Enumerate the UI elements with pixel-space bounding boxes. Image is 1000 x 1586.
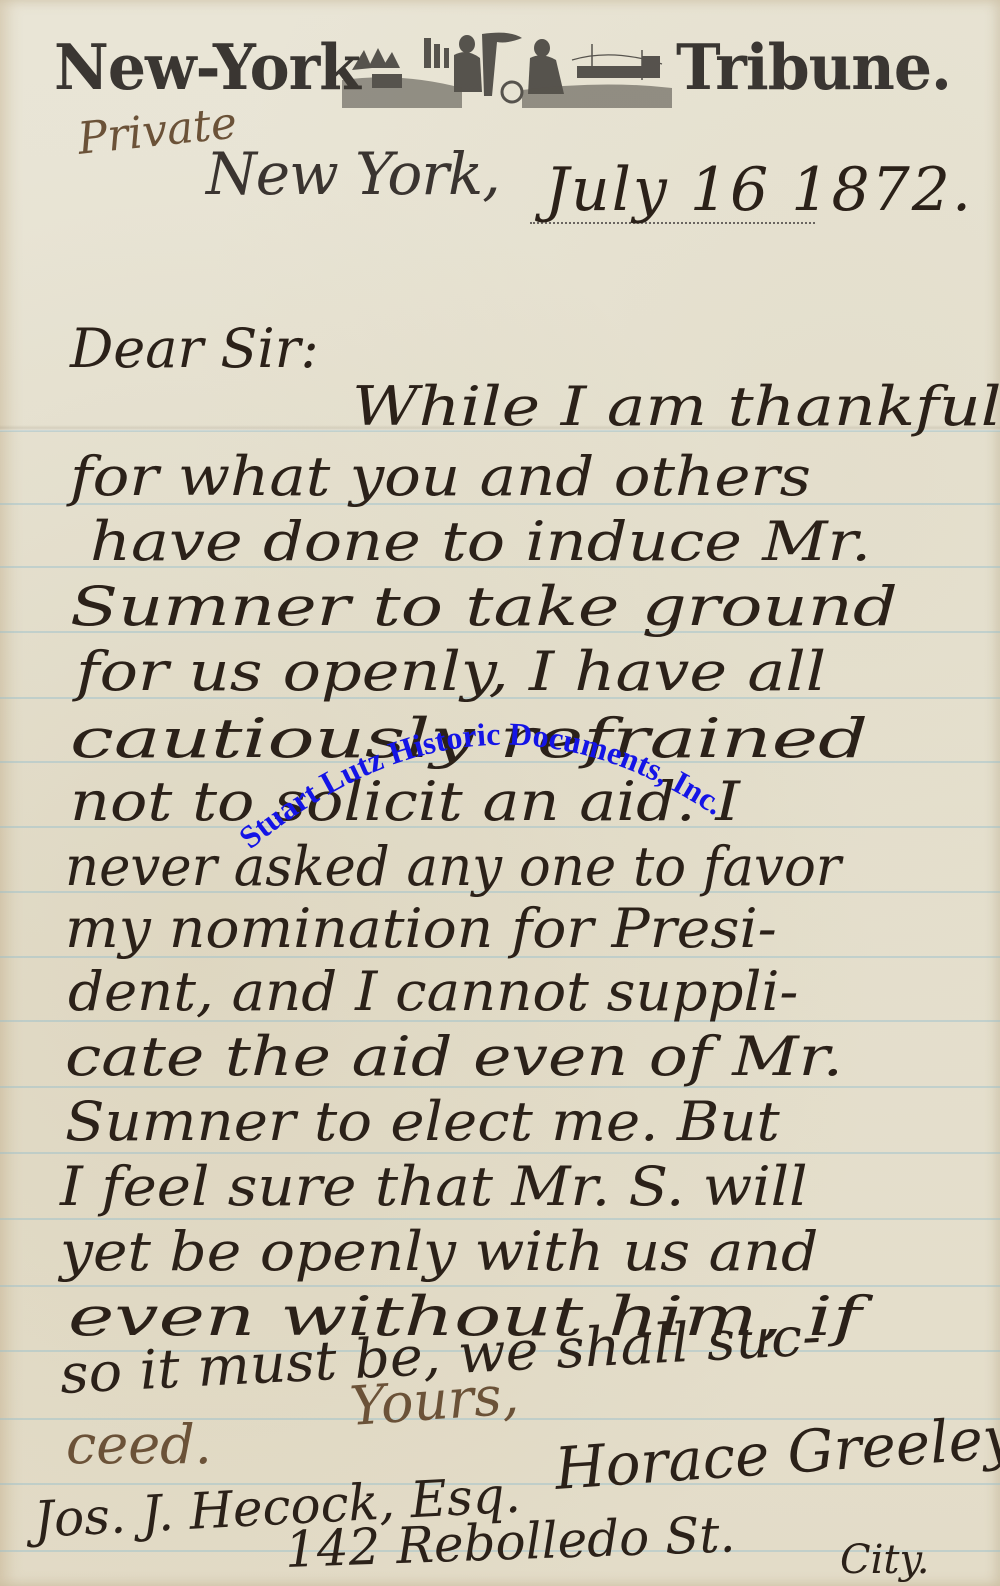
body-line: have done to induce Mr. bbox=[90, 515, 871, 569]
letterhead-tribune: Tribune. bbox=[676, 37, 951, 100]
body-line: yet be openly with us and bbox=[60, 1225, 818, 1279]
salutation: Dear Sir: bbox=[70, 322, 319, 376]
recipient-city: City. bbox=[840, 1540, 929, 1580]
letterhead-new-york: New-York bbox=[54, 37, 360, 100]
handwritten-date: July 16 1872. bbox=[545, 160, 973, 220]
body-line: dent, and I cannot suppli- bbox=[68, 965, 798, 1019]
body-line: Sumner to take ground bbox=[70, 580, 898, 634]
letter-paper: New-York Tribune. Private New York, July… bbox=[0, 0, 1000, 1586]
body-line: for what you and others bbox=[70, 450, 811, 504]
body-line: cate the aid even of Mr. bbox=[65, 1030, 843, 1084]
dealer-watermark: Stuart Lutz Historic Documents, Inc. bbox=[230, 680, 750, 860]
letterhead-vignette-engraving bbox=[342, 30, 672, 108]
printed-place: New York, bbox=[206, 140, 500, 208]
body-line: my nomination for Presi- bbox=[65, 902, 777, 956]
body-line: Sumner to elect me. But bbox=[65, 1095, 780, 1149]
body-line: I feel sure that Mr. S. will bbox=[60, 1160, 808, 1214]
watermark-text: Stuart Lutz Historic Documents, Inc. bbox=[232, 716, 731, 856]
svg-text:Stuart Lutz Historic Documents: Stuart Lutz Historic Documents, Inc. bbox=[232, 716, 731, 856]
recipient-address: 142 Rebolledo St. bbox=[284, 1509, 736, 1575]
body-line: While I am thankful bbox=[352, 380, 1000, 434]
closing: Yours, bbox=[348, 1368, 520, 1434]
body-line: ceed. bbox=[66, 1418, 212, 1472]
